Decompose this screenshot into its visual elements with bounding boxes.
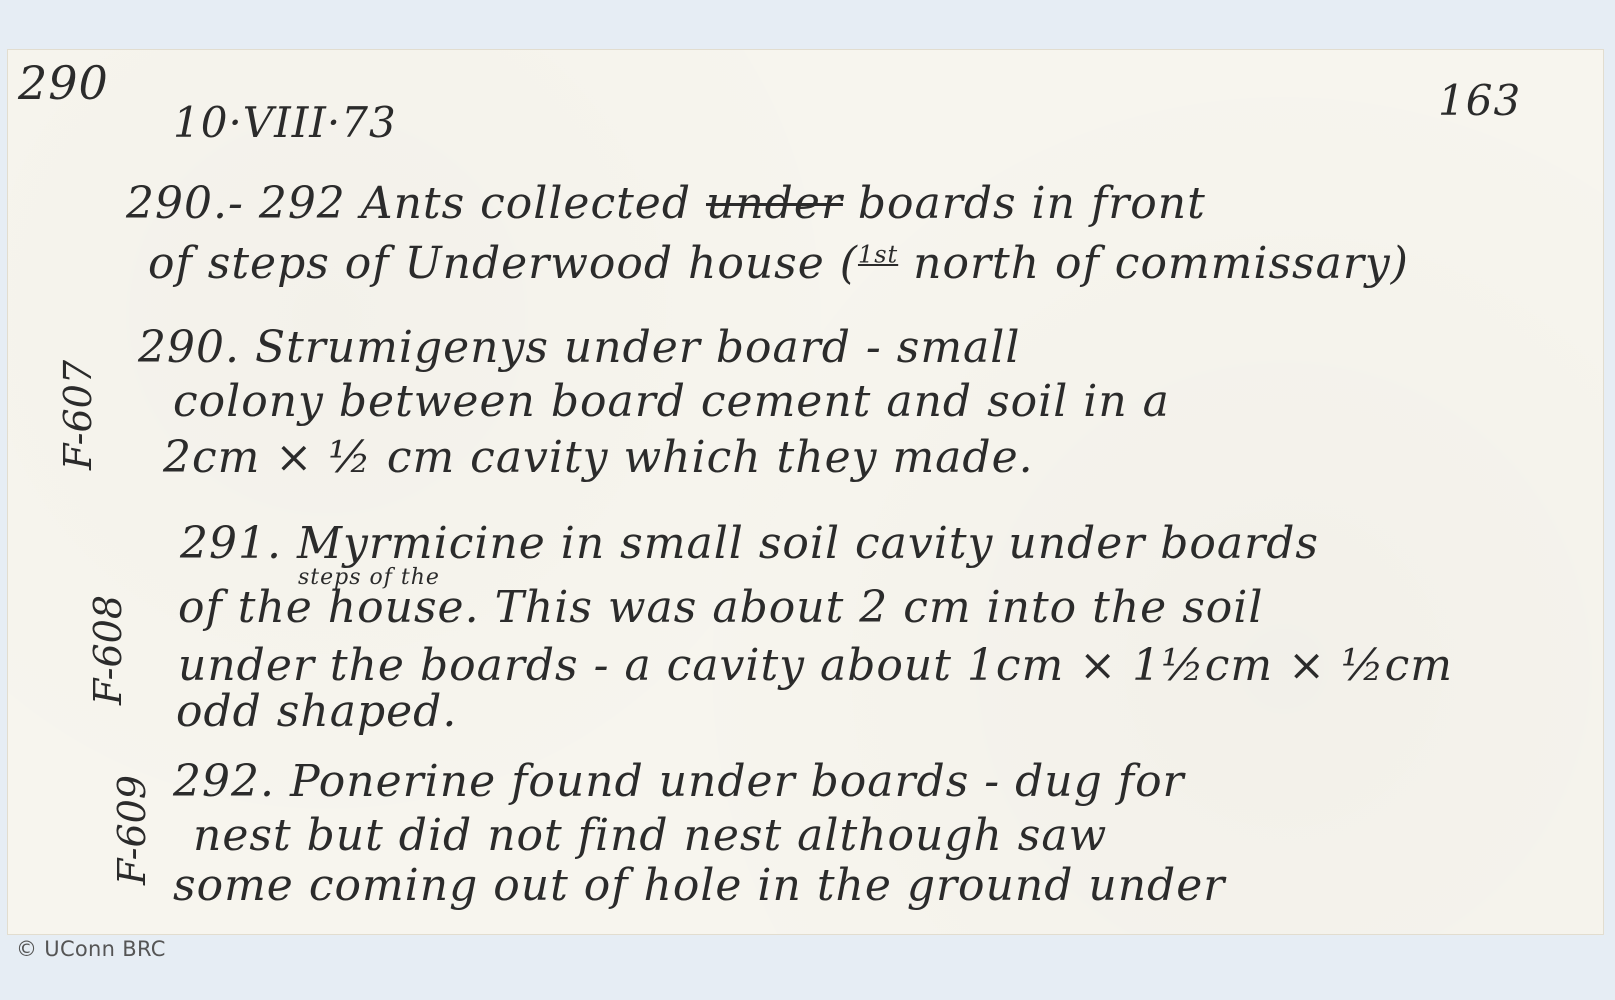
note-line-11: nest but did not find nest although saw — [193, 810, 1107, 861]
note-line-1-suffix: boards in front — [843, 178, 1206, 229]
collection-date: 10·VIII·73 — [173, 98, 397, 147]
specimen-card: 290 163 10·VIII·73 290.- 292 Ants collec… — [8, 50, 1603, 934]
note-line-3: 290. Strumigenys under board - small — [138, 322, 1020, 373]
note-line-10: 292. Ponerine found under boards - dug f… — [173, 756, 1185, 807]
copyright-notice: © UConn BRC — [16, 937, 166, 961]
page-number: 163 — [1438, 76, 1521, 125]
margin-note-f607: F-607 — [56, 360, 100, 470]
note-line-1: 290.- 292 Ants collected under boards in… — [126, 178, 1206, 229]
catalog-number: 290 — [18, 56, 109, 110]
superscript-ordinal: 1st — [858, 240, 898, 268]
note-line-2: of steps of Underwood house (1st north o… — [148, 238, 1409, 289]
note-line-9: odd shaped. — [176, 686, 457, 737]
note-line-5: 2cm × ½ cm cavity which they made. — [163, 432, 1034, 483]
note-line-2-prefix: of steps of Underwood house ( — [148, 238, 858, 289]
margin-note-f608: F-608 — [86, 595, 130, 705]
note-line-2-suffix: north of commissary) — [898, 238, 1409, 289]
note-line-1-prefix: 290.- 292 Ants collected — [126, 178, 706, 229]
note-line-4: colony between board cement and soil in … — [173, 376, 1170, 427]
note-line-6: 291. Myrmicine in small soil cavity unde… — [180, 518, 1319, 569]
margin-note-f609: F-609 — [110, 775, 154, 885]
struck-word: under — [706, 178, 843, 229]
note-line-7: of the house. This was about 2 cm into t… — [178, 582, 1263, 633]
note-line-8: under the boards - a cavity about 1cm × … — [178, 640, 1453, 691]
note-line-12: some coming out of hole in the ground un… — [173, 860, 1225, 911]
